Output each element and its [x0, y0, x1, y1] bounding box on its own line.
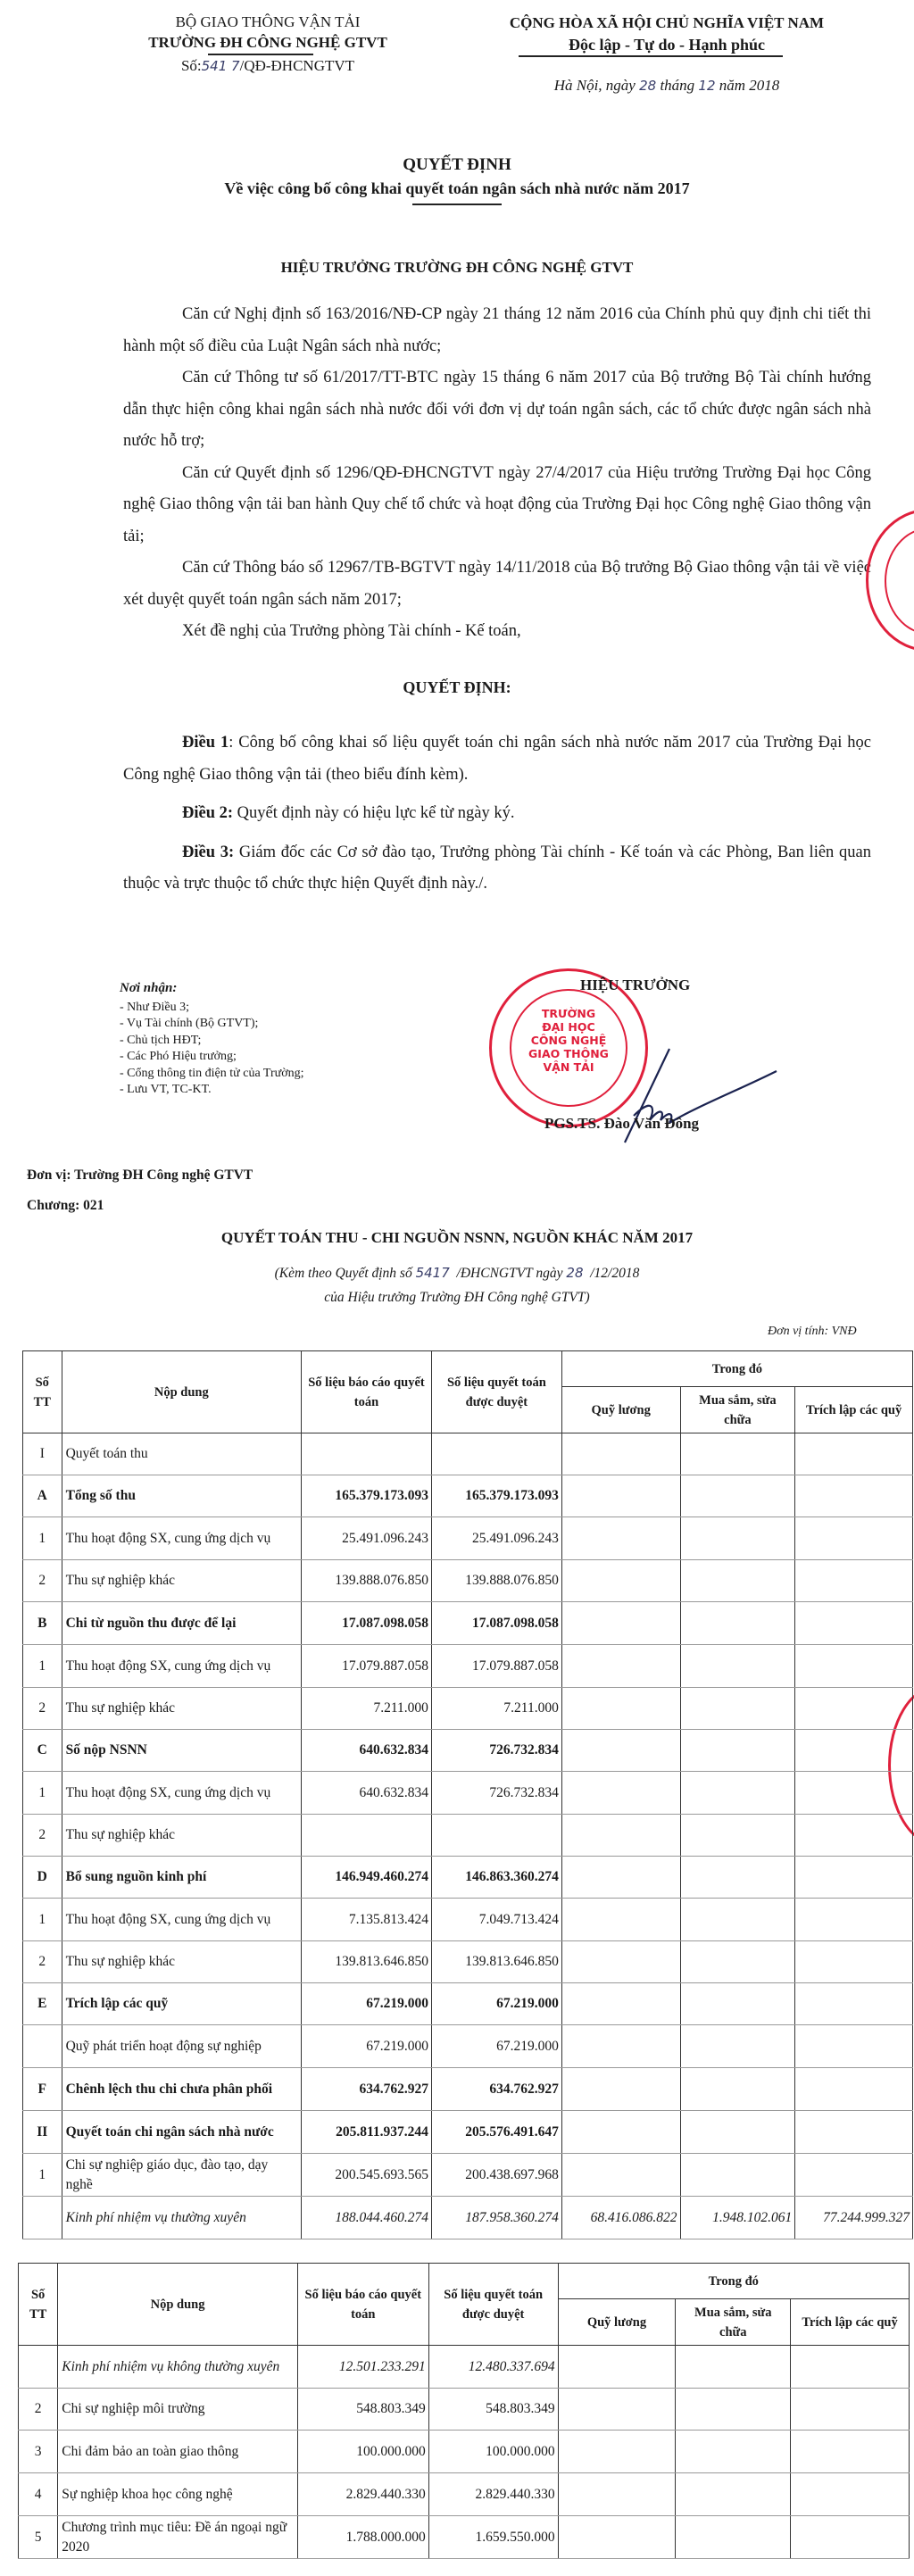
cell-stt: B [23, 1602, 62, 1645]
cell-content: Thu hoạt động SX, cung ứng dịch vụ [62, 1772, 301, 1815]
cell-stt: 3 [19, 2431, 58, 2473]
table-row: 2Chi sự nghiệp môi trường548.803.349548.… [19, 2389, 910, 2431]
table-row: 1Thu hoạt động SX, cung ứng dịch vụ17.07… [23, 1645, 913, 1688]
decision-heading: QUYẾT ĐỊNH: [0, 678, 914, 697]
cell-salary [561, 1688, 680, 1730]
preamble: Căn cứ Nghị định số 163/2016/NĐ-CP ngày … [123, 299, 871, 648]
cell-content: Thu hoạt động SX, cung ứng dịch vụ [62, 1645, 301, 1688]
cell-content: Số nộp NSNN [62, 1730, 301, 1772]
cell-content: Thu hoạt động SX, cung ứng dịch vụ [62, 1899, 301, 1941]
table-row: 1Thu hoạt động SX, cung ứng dịch vụ25.49… [23, 1517, 913, 1560]
cell-procurement [680, 1645, 795, 1688]
cell-procurement [680, 1688, 795, 1730]
table-row: 1Chi sự nghiệp giáo dục, đào tạo, dạy ng… [23, 2154, 913, 2197]
cell-funds [791, 2346, 910, 2389]
subject-underline [412, 204, 502, 205]
cell-stt: 1 [23, 1517, 62, 1560]
cell-funds [791, 2431, 910, 2473]
cell-funds [795, 1560, 913, 1602]
article-2: Điều 2: Quyết định này có hiệu lực kể từ… [123, 798, 871, 830]
cell-salary [561, 1433, 680, 1475]
agency-header: BỘ GIAO THÔNG VẬN TẢI TRƯỜNG ĐH CÔNG NGH… [107, 12, 428, 77]
cell-funds: 77.244.999.327 [795, 2197, 913, 2239]
ministry-name: BỘ GIAO THÔNG VẬN TẢI [107, 12, 428, 32]
recipients-heading: Nơi nhận: [120, 980, 304, 997]
articles: Điều 1: Công bố công khai số liệu quyết … [123, 727, 871, 901]
cell-content: Quyết toán chi ngân sách nhà nước [62, 2111, 301, 2154]
cell-salary: 68.416.086.822 [561, 2197, 680, 2239]
cell-stt: 2 [19, 2389, 58, 2431]
table-row: FChênh lệch thu chi chưa phân phối634.76… [23, 2068, 913, 2111]
cell-procurement [680, 2154, 795, 2197]
article-1: Điều 1: Công bố công khai số liệu quyết … [123, 727, 871, 791]
cell-salary [561, 1941, 680, 1983]
cell-approved: 187.958.360.274 [431, 2197, 561, 2239]
cell-reported: 188.044.460.274 [302, 2197, 432, 2239]
cell-funds [795, 1899, 913, 1941]
cell-stt: II [23, 2111, 62, 2154]
preamble-paragraph: Căn cứ Nghị định số 163/2016/NĐ-CP ngày … [123, 299, 871, 362]
cell-funds [795, 1517, 913, 1560]
col-header-funds: Trích lập các quỹ [795, 1387, 913, 1433]
cell-stt: 2 [23, 1941, 62, 1983]
settlement-table-part-2: Số TT Nộp dung Số liệu báo cáo quyết toá… [18, 2263, 910, 2559]
cell-procurement [680, 2068, 795, 2111]
cell-approved: 67.219.000 [431, 1983, 561, 2025]
cell-content: Quỹ phát triển hoạt động sự nghiệp [62, 2025, 301, 2068]
cell-procurement [680, 1941, 795, 1983]
col-header-stt: Số TT [19, 2264, 58, 2346]
col-header-procurement: Mua sắm, sửa chữa [676, 2299, 791, 2346]
cell-salary [561, 1857, 680, 1899]
col-header-of-which: Trong đó [558, 2264, 909, 2299]
handwritten-number: 541 7 [202, 58, 240, 74]
cell-salary [561, 2068, 680, 2111]
preamble-paragraph: Xét đề nghị của Trưởng phòng Tài chính -… [123, 616, 871, 648]
cell-funds [791, 2516, 910, 2559]
chapter-label: Chương: 021 [27, 1198, 104, 1214]
cell-reported: 7.211.000 [302, 1688, 432, 1730]
col-header-of-which: Trong đó [561, 1351, 912, 1387]
issue-date: Hà Nội, ngày 28 tháng 12 năm 2018 [457, 77, 877, 95]
school-underline [208, 54, 313, 55]
cell-salary [558, 2473, 676, 2516]
cell-funds [795, 1772, 913, 1815]
cell-procurement [680, 2111, 795, 2154]
handwritten-month: 12 [698, 78, 715, 94]
cell-approved: 634.762.927 [431, 2068, 561, 2111]
table-body-part-1: IQuyết toán thuATổng số thu165.379.173.0… [23, 1433, 913, 2239]
table-row: Quỹ phát triển hoạt động sự nghiệp67.219… [23, 2025, 913, 2068]
cell-stt: 1 [23, 1645, 62, 1688]
table-row: IQuyết toán thu [23, 1433, 913, 1475]
cell-stt: 2 [23, 1815, 62, 1857]
cell-approved: 100.000.000 [428, 2431, 558, 2473]
col-header-content: Nộp dung [62, 1351, 301, 1433]
appendix-subtitle: (Kèm theo Quyết định số 5417 /ĐHCNGTVT n… [0, 1261, 914, 1309]
cell-approved [431, 1815, 561, 1857]
cell-approved: 17.079.887.058 [431, 1645, 561, 1688]
national-motto: Độc lập - Tự do - Hạnh phúc [457, 34, 877, 55]
cell-approved: 139.888.076.850 [431, 1560, 561, 1602]
cell-content: Trích lập các quỹ [62, 1983, 301, 2025]
preamble-paragraph: Căn cứ Thông tư số 61/2017/TT-BTC ngày 1… [123, 362, 871, 458]
col-header-salary: Quỹ lương [558, 2299, 676, 2346]
decision-title: QUYẾT ĐỊNH [0, 154, 914, 177]
cell-approved: 548.803.349 [428, 2389, 558, 2431]
settlement-table-part-1: Số TT Nộp dung Số liệu báo cáo quyết toá… [22, 1350, 913, 2239]
seal-inner-ring [885, 528, 914, 635]
cell-content: Thu sự nghiệp khác [62, 1815, 301, 1857]
school-name: TRƯỜNG ĐH CÔNG NGHỆ GTVT [107, 32, 428, 54]
cell-funds [795, 1433, 913, 1475]
table-row: 5Chương trình mục tiêu: Đề án ngoại ngữ … [19, 2516, 910, 2559]
cell-stt: D [23, 1857, 62, 1899]
cell-reported: 139.888.076.850 [302, 1560, 432, 1602]
col-header-stt: Số TT [23, 1351, 62, 1433]
col-header-content: Nộp dung [58, 2264, 298, 2346]
table-row: 2Thu sự nghiệp khác139.813.646.850139.81… [23, 1941, 913, 1983]
cell-reported: 205.811.937.244 [302, 2111, 432, 2154]
recipient-item: - Như Điều 3; [120, 1000, 304, 1017]
cell-content: Kinh phí nhiệm vụ thường xuyên [62, 2197, 301, 2239]
cell-content: Chi đảm bảo an toàn giao thông [58, 2431, 298, 2473]
cell-content: Chi sự nghiệp giáo dục, đào tạo, dạy ngh… [62, 2154, 301, 2197]
cell-stt: F [23, 2068, 62, 2111]
cell-content: Thu sự nghiệp khác [62, 1941, 301, 1983]
cell-salary [561, 1645, 680, 1688]
cell-stt: 4 [19, 2473, 58, 2516]
cell-funds [795, 1857, 913, 1899]
cell-approved: 7.211.000 [431, 1688, 561, 1730]
recipient-item: - Vụ Tài chính (Bộ GTVT); [120, 1016, 304, 1033]
cell-reported: 7.135.813.424 [302, 1899, 432, 1941]
document-number: Số:541 7/QĐ-ĐHCNGTVT [107, 55, 428, 77]
handwritten-day: 28 [639, 78, 656, 94]
cell-stt: 1 [23, 1772, 62, 1815]
partial-seal-top [866, 509, 914, 652]
cell-reported: 100.000.000 [297, 2431, 428, 2473]
col-header-approved: Số liệu quyết toán được duyệt [428, 2264, 558, 2346]
cell-content: Thu hoạt động SX, cung ứng dịch vụ [62, 1517, 301, 1560]
cell-stt: E [23, 1983, 62, 2025]
cell-salary [561, 2154, 680, 2197]
cell-procurement [680, 1560, 795, 1602]
cell-reported: 634.762.927 [302, 2068, 432, 2111]
cell-procurement [680, 1815, 795, 1857]
cell-salary [561, 1815, 680, 1857]
handwritten-number: 5417 [416, 1265, 450, 1281]
cell-content: Chương trình mục tiêu: Đề án ngoại ngữ 2… [58, 2516, 298, 2559]
national-header: CỘNG HÒA XÃ HỘI CHỦ NGHĨA VIỆT NAM Độc l… [457, 12, 877, 95]
recipient-item: - Các Phó Hiệu trưởng; [120, 1049, 304, 1066]
cell-reported: 17.079.887.058 [302, 1645, 432, 1688]
col-header-funds: Trích lập các quỹ [791, 2299, 910, 2346]
cell-funds [795, 1475, 913, 1517]
cell-procurement [676, 2473, 791, 2516]
cell-salary [558, 2431, 676, 2473]
cell-salary [558, 2516, 676, 2559]
table-row: ATổng số thu165.379.173.093165.379.173.0… [23, 1475, 913, 1517]
cell-stt: C [23, 1730, 62, 1772]
cell-funds [795, 1602, 913, 1645]
cell-procurement [680, 1899, 795, 1941]
signer-title: HIỆU TRƯỞNG [580, 976, 690, 994]
cell-procurement [680, 1772, 795, 1815]
cell-salary [561, 1475, 680, 1517]
handwritten-day: 28 [566, 1265, 583, 1281]
table-row: 4Sự nghiệp khoa học công nghệ2.829.440.3… [19, 2473, 910, 2516]
cell-reported: 146.949.460.274 [302, 1857, 432, 1899]
cell-content: Kinh phí nhiệm vụ không thường xuyên [58, 2346, 298, 2389]
table-row: 2Thu sự nghiệp khác7.211.0007.211.000 [23, 1688, 913, 1730]
article-3: Điều 3: Giám đốc các Cơ sở đào tạo, Trưở… [123, 837, 871, 901]
cell-salary [561, 1602, 680, 1645]
table-row: Kinh phí nhiệm vụ thường xuyên188.044.46… [23, 2197, 913, 2239]
motto-underline [519, 55, 783, 57]
cell-procurement [680, 1433, 795, 1475]
cell-procurement [680, 1517, 795, 1560]
cell-stt: 1 [23, 2154, 62, 2197]
col-header-procurement: Mua sắm, sửa chữa [680, 1387, 795, 1433]
cell-procurement [680, 1730, 795, 1772]
col-header-salary: Quỹ lương [561, 1387, 680, 1433]
cell-reported [302, 1433, 432, 1475]
recipients-list: Nơi nhận: - Như Điều 3; - Vụ Tài chính (… [120, 980, 304, 1099]
cell-reported: 165.379.173.093 [302, 1475, 432, 1517]
cell-approved: 17.087.098.058 [431, 1602, 561, 1645]
cell-procurement [680, 1602, 795, 1645]
table-body-part-2: Kinh phí nhiệm vụ không thường xuyên12.5… [19, 2346, 910, 2559]
col-header-reported: Số liệu báo cáo quyết toán [302, 1351, 432, 1433]
cell-stt [19, 2346, 58, 2389]
cell-approved [431, 1433, 561, 1475]
cell-procurement [676, 2389, 791, 2431]
cell-salary [561, 2025, 680, 2068]
cell-stt: I [23, 1433, 62, 1475]
cell-content: Bổ sung nguồn kinh phí [62, 1857, 301, 1899]
cell-funds [795, 2111, 913, 2154]
cell-procurement: 1.948.102.061 [680, 2197, 795, 2239]
cell-procurement [680, 1857, 795, 1899]
cell-procurement [680, 1475, 795, 1517]
cell-reported: 548.803.349 [297, 2389, 428, 2431]
recipient-item: - Chủ tịch HĐT; [120, 1033, 304, 1050]
cell-reported: 640.632.834 [302, 1730, 432, 1772]
currency-unit: Đơn vị tính: VNĐ [768, 1325, 857, 1339]
preamble-paragraph: Căn cứ Quyết định số 1296/QĐ-ĐHCNGTVT ng… [123, 458, 871, 553]
cell-reported: 17.087.098.058 [302, 1602, 432, 1645]
cell-funds [795, 2068, 913, 2111]
cell-stt [23, 2025, 62, 2068]
cell-approved: 12.480.337.694 [428, 2346, 558, 2389]
cell-approved: 2.829.440.330 [428, 2473, 558, 2516]
cell-content: Thu sự nghiệp khác [62, 1560, 301, 1602]
cell-stt: A [23, 1475, 62, 1517]
cell-approved: 7.049.713.424 [431, 1899, 561, 1941]
cell-approved: 146.863.360.274 [431, 1857, 561, 1899]
decision-subject: Về việc công bố công khai quyết toán ngâ… [0, 177, 914, 200]
cell-approved: 139.813.646.850 [431, 1941, 561, 1983]
table-row: 2Thu sự nghiệp khác139.888.076.850139.88… [23, 1560, 913, 1602]
cell-approved: 1.659.550.000 [428, 2516, 558, 2559]
preamble-paragraph: Căn cứ Thông báo số 12967/TB-BGTVT ngày … [123, 553, 871, 616]
cell-approved: 200.438.697.968 [431, 2154, 561, 2197]
table-row: 2Thu sự nghiệp khác [23, 1815, 913, 1857]
table-row: DBổ sung nguồn kinh phí146.949.460.27414… [23, 1857, 913, 1899]
cell-stt: 2 [23, 1560, 62, 1602]
col-header-reported: Số liệu báo cáo quyết toán [297, 2264, 428, 2346]
recipient-item: - Cổng thông tin điện tử của Trường; [120, 1066, 304, 1083]
table-row: CSố nộp NSNN640.632.834726.732.834 [23, 1730, 913, 1772]
cell-funds [795, 1730, 913, 1772]
cell-approved: 67.219.000 [431, 2025, 561, 2068]
cell-salary [558, 2346, 676, 2389]
cell-salary [561, 1983, 680, 2025]
cell-reported: 640.632.834 [302, 1772, 432, 1815]
cell-stt [23, 2197, 62, 2239]
table-row: 1Thu hoạt động SX, cung ứng dịch vụ640.6… [23, 1772, 913, 1815]
signature-icon [571, 1044, 785, 1151]
cell-reported: 67.219.000 [302, 2025, 432, 2068]
cell-reported: 25.491.096.243 [302, 1517, 432, 1560]
cell-procurement [680, 1983, 795, 2025]
col-header-approved: Số liệu quyết toán được duyệt [431, 1351, 561, 1433]
cell-reported: 67.219.000 [302, 1983, 432, 2025]
table-row: IIQuyết toán chi ngân sách nhà nước205.8… [23, 2111, 913, 2154]
recipient-item: - Lưu VT, TC-KT. [120, 1082, 304, 1099]
cell-procurement [680, 2025, 795, 2068]
cell-stt: 1 [23, 1899, 62, 1941]
cell-reported: 2.829.440.330 [297, 2473, 428, 2516]
cell-salary [561, 1560, 680, 1602]
unit-label: Đơn vị: Trường ĐH Công nghệ GTVT [27, 1168, 253, 1184]
issuer-heading: HIỆU TRƯỞNG TRƯỜNG ĐH CÔNG NGHỆ GTVT [0, 259, 914, 277]
cell-approved: 205.576.491.647 [431, 2111, 561, 2154]
table-row: 3Chi đảm bảo an toàn giao thông100.000.0… [19, 2431, 910, 2473]
cell-approved: 726.732.834 [431, 1772, 561, 1815]
cell-funds [791, 2473, 910, 2516]
cell-approved: 165.379.173.093 [431, 1475, 561, 1517]
cell-reported: 200.545.693.565 [302, 2154, 432, 2197]
cell-content: Tổng số thu [62, 1475, 301, 1517]
cell-salary [561, 1899, 680, 1941]
cell-content: Chi từ nguồn thu được để lại [62, 1602, 301, 1645]
cell-reported: 139.813.646.850 [302, 1941, 432, 1983]
cell-salary [561, 1517, 680, 1560]
cell-funds [795, 1815, 913, 1857]
table-row: BChi từ nguồn thu được để lại17.087.098.… [23, 1602, 913, 1645]
cell-reported: 1.788.000.000 [297, 2516, 428, 2559]
cell-approved: 726.732.834 [431, 1730, 561, 1772]
cell-salary [561, 1772, 680, 1815]
cell-funds [795, 1645, 913, 1688]
cell-funds [795, 1983, 913, 2025]
cell-reported [302, 1815, 432, 1857]
cell-content: Sự nghiệp khoa học công nghệ [58, 2473, 298, 2516]
cell-procurement [676, 2516, 791, 2559]
cell-procurement [676, 2346, 791, 2389]
cell-funds [795, 2025, 913, 2068]
table-row: Kinh phí nhiệm vụ không thường xuyên12.5… [19, 2346, 910, 2389]
cell-funds [795, 1688, 913, 1730]
cell-funds [795, 2154, 913, 2197]
cell-stt: 5 [19, 2516, 58, 2559]
cell-salary [558, 2389, 676, 2431]
cell-funds [791, 2389, 910, 2431]
cell-procurement [676, 2431, 791, 2473]
cell-stt: 2 [23, 1688, 62, 1730]
cell-salary [561, 2111, 680, 2154]
table-row: ETrích lập các quỹ67.219.00067.219.000 [23, 1983, 913, 2025]
cell-salary [561, 1730, 680, 1772]
appendix-title: QUYẾT TOÁN THU - CHI NGUỒN NSNN, NGUỒN K… [0, 1229, 914, 1247]
cell-content: Chênh lệch thu chi chưa phân phối [62, 2068, 301, 2111]
cell-approved: 25.491.096.243 [431, 1517, 561, 1560]
cell-content: Thu sự nghiệp khác [62, 1688, 301, 1730]
cell-content: Chi sự nghiệp môi trường [58, 2389, 298, 2431]
cell-content: Quyết toán thu [62, 1433, 301, 1475]
cell-reported: 12.501.233.291 [297, 2346, 428, 2389]
decision-title-block: QUYẾT ĐỊNH Về việc công bố công khai quy… [0, 154, 914, 205]
republic-name: CỘNG HÒA XÃ HỘI CHỦ NGHĨA VIỆT NAM [457, 12, 877, 34]
table-row: 1Thu hoạt động SX, cung ứng dịch vụ7.135… [23, 1899, 913, 1941]
cell-funds [795, 1941, 913, 1983]
signer-name: PGS.TS. Đào Văn Đông [544, 1115, 699, 1133]
